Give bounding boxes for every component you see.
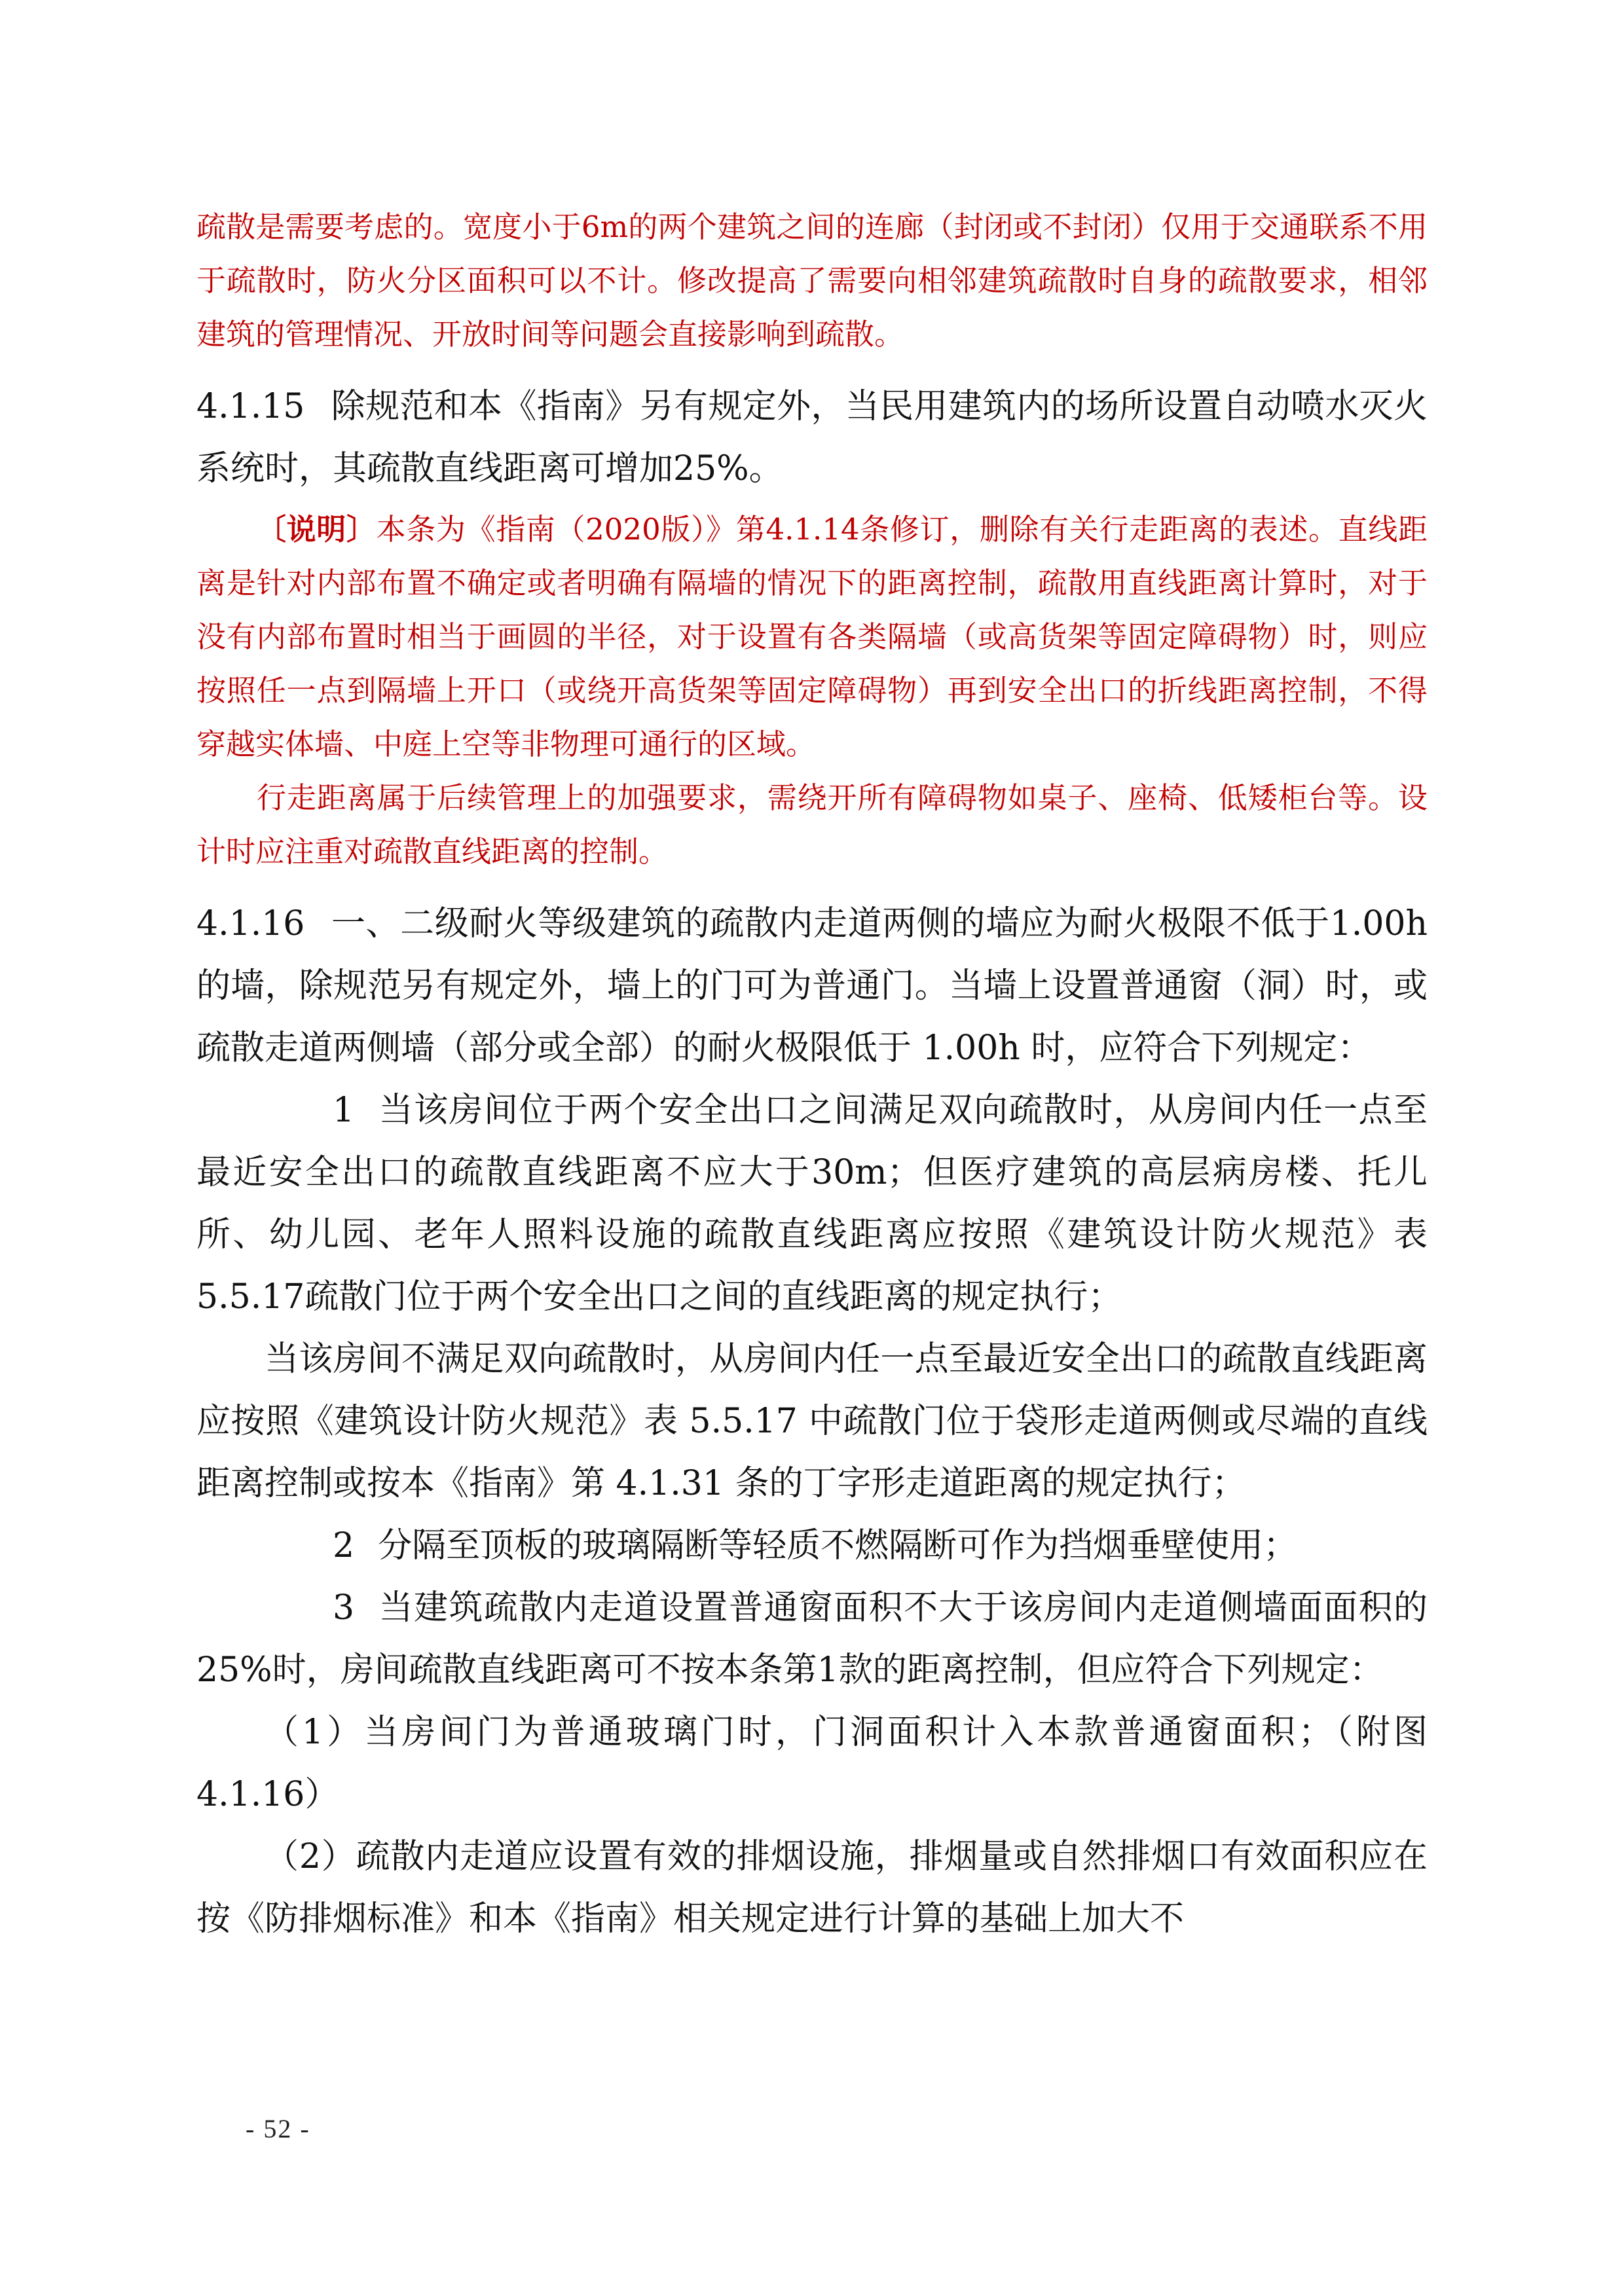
clause-4-1-16: 4.1.16一、二级耐火等级建筑的疏散内走道两侧的墙应为耐火极限不低于1.00h…	[196, 893, 1428, 1080]
clause-number: 4.1.16	[196, 893, 304, 955]
sub-item-number: （1）	[265, 1713, 364, 1752]
item-text: 分隔至顶板的玻璃隔断等轻质不燃隔断可作为挡烟垂壁使用；	[378, 1526, 1297, 1565]
sub-item-number: （2）	[265, 1837, 356, 1876]
clause-number: 4.1.15	[196, 376, 304, 438]
note-label: 〔说明〕	[257, 512, 377, 547]
note-text: 本条为《指南（2020版）》第4.1.14条修订，删除有关行走距离的表述。直线距…	[196, 512, 1428, 761]
clause-4-1-15-note: 〔说明〕本条为《指南（2020版）》第4.1.14条修订，删除有关行走距离的表述…	[196, 503, 1428, 771]
item-1-continuation: 当该房间不满足双向疏散时，从房间内任一点至最近安全出口的疏散直线距离应按照《建筑…	[196, 1328, 1428, 1515]
page-number: - 52 -	[246, 2113, 310, 2144]
clause-4-1-15: 4.1.15除规范和本《指南》另有规定外，当民用建筑内的场所设置自动喷水灭火系统…	[196, 376, 1428, 500]
item-2: 2分隔至顶板的玻璃隔断等轻质不燃隔断可作为挡烟垂壁使用；	[196, 1515, 1428, 1577]
document-page: 疏散是需要考虑的。宽度小于6m的两个建筑之间的连廊（封闭或不封闭）仅用于交通联系…	[196, 0, 1428, 1950]
item-number: 2	[265, 1515, 354, 1577]
item-3: 3当建筑疏散内走道设置普通窗面积不大于该房间内走道侧墙面面积的25%时，房间疏散…	[196, 1577, 1428, 1702]
clause-4-1-15-note-2: 行走距离属于后续管理上的加强要求，需绕开所有障碍物如桌子、座椅、低矮柜台等。设计…	[196, 771, 1428, 879]
note-continuation-paragraph: 疏散是需要考虑的。宽度小于6m的两个建筑之间的连廊（封闭或不封闭）仅用于交通联系…	[196, 200, 1428, 361]
sub-item-text: 疏散内走道应设置有效的排烟设施，排烟量或自然排烟口有效面积应在按《防排烟标准》和…	[196, 1837, 1428, 1939]
clause-text: 除规范和本《指南》另有规定外，当民用建筑内的场所设置自动喷水灭火系统时，其疏散直…	[196, 387, 1428, 488]
sub-item-text: 当房间门为普通玻璃门时，门洞面积计入本款普通窗面积；（附图4.1.16）	[196, 1713, 1428, 1814]
item-text: 当建筑疏散内走道设置普通窗面积不大于该房间内走道侧墙面面积的25%时，房间疏散直…	[196, 1588, 1428, 1690]
item-text: 当该房间位于两个安全出口之间满足双向疏散时，从房间内任一点至最近安全出口的疏散直…	[196, 1091, 1428, 1317]
sub-item-1: （1）当房间门为普通玻璃门时，门洞面积计入本款普通窗面积；（附图4.1.16）	[196, 1702, 1428, 1826]
clause-text: 一、二级耐火等级建筑的疏散内走道两侧的墙应为耐火极限不低于1.00h的墙，除规范…	[196, 904, 1428, 1068]
item-number: 3	[265, 1577, 354, 1639]
sub-item-2: （2）疏散内走道应设置有效的排烟设施，排烟量或自然排烟口有效面积应在按《防排烟标…	[196, 1826, 1428, 1950]
item-1: 1当该房间位于两个安全出口之间满足双向疏散时，从房间内任一点至最近安全出口的疏散…	[196, 1080, 1428, 1328]
item-number: 1	[265, 1080, 354, 1142]
